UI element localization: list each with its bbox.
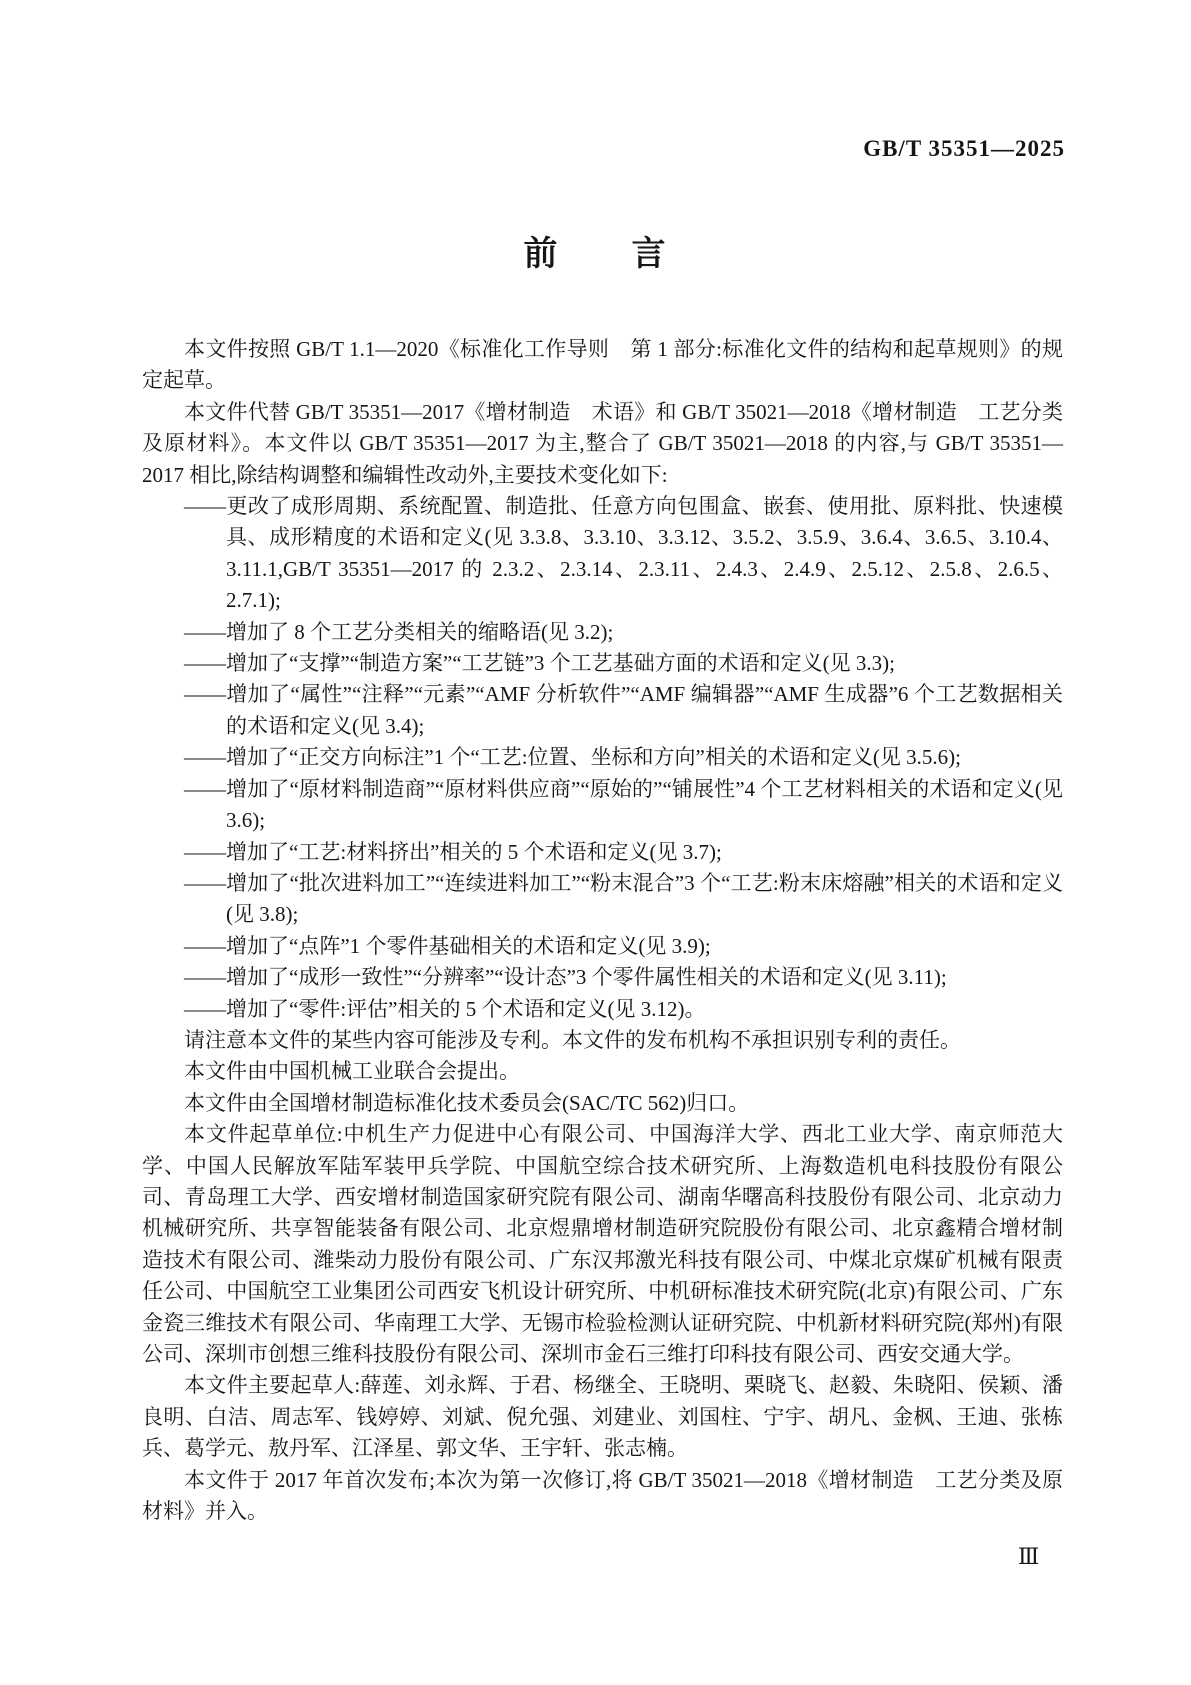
paragraph-revision-history: 本文件于 2017 年首次发布;本次为第一次修订,将 GB/T 35021—20… [142,1465,1063,1528]
change-text: 增加了“属性”“注释”“元素”“AMF 分析软件”“AMF 编辑器”“AMF 生… [226,682,1063,737]
dash-prefix: —— [184,934,226,958]
dash-prefix: —— [184,777,226,801]
change-text: 增加了“成形一致性”“分辨率”“设计态”3 个零件属性相关的术语和定义(见 3.… [226,965,947,989]
change-item: ——增加了“成形一致性”“分辨率”“设计态”3 个零件属性相关的术语和定义(见 … [142,962,1063,993]
paragraph-replacement: 本文件代替 GB/T 35351—2017《增材制造 术语》和 GB/T 350… [142,397,1063,491]
dash-prefix: —— [184,871,226,895]
change-list: ——更改了成形周期、系统配置、制造批、任意方向包围盒、嵌套、使用批、原料批、快速… [142,491,1063,1025]
paragraph-centralized-by: 本文件由全国增材制造标准化技术委员会(SAC/TC 562)归口。 [142,1088,1063,1119]
change-text: 增加了“支撑”“制造方案”“工艺链”3 个工艺基础方面的术语和定义(见 3.3)… [226,651,895,675]
change-item: ——增加了 8 个工艺分类相关的缩略语(见 3.2); [142,617,1063,648]
paragraph-drafting-rule: 本文件按照 GB/T 1.1—2020《标准化工作导则 第 1 部分:标准化文件… [142,334,1063,397]
foreword-content: 本文件按照 GB/T 1.1—2020《标准化工作导则 第 1 部分:标准化文件… [142,334,1063,1527]
foreword-title: 前 言 [0,226,1191,275]
change-item: ——增加了“属性”“注释”“元素”“AMF 分析软件”“AMF 编辑器”“AMF… [142,679,1063,742]
change-item: ——增加了“支撑”“制造方案”“工艺链”3 个工艺基础方面的术语和定义(见 3.… [142,648,1063,679]
dash-prefix: —— [184,651,226,675]
change-text: 更改了成形周期、系统配置、制造批、任意方向包围盒、嵌套、使用批、原料批、快速模具… [226,494,1063,612]
change-text: 增加了“批次进料加工”“连续进料加工”“粉末混合”3 个“工艺:粉末床熔融”相关… [226,871,1063,926]
page-number: Ⅲ [1018,1544,1039,1570]
change-text: 增加了“工艺:材料挤出”相关的 5 个术语和定义(见 3.7); [226,840,722,864]
dash-prefix: —— [184,494,226,518]
dash-prefix: —— [184,965,226,989]
dash-prefix: —— [184,997,226,1021]
change-text: 增加了“原材料制造商”“原材料供应商”“原始的”“铺展性”4 个工艺材料相关的术… [226,777,1063,832]
dash-prefix: —— [184,682,226,706]
change-item: ——增加了“点阵”1 个零件基础相关的术语和定义(见 3.9); [142,931,1063,962]
document-page: GB/T 35351—2025 前 言 本文件按照 GB/T 1.1—2020《… [0,0,1191,1685]
paragraph-proposed-by: 本文件由中国机械工业联合会提出。 [142,1056,1063,1087]
change-text: 增加了 8 个工艺分类相关的缩略语(见 3.2); [226,620,613,644]
change-text: 增加了“零件:评估”相关的 5 个术语和定义(见 3.12)。 [226,997,705,1021]
change-item: ——更改了成形周期、系统配置、制造批、任意方向包围盒、嵌套、使用批、原料批、快速… [142,491,1063,617]
change-item: ——增加了“正交方向标注”1 个“工艺:位置、坐标和方向”相关的术语和定义(见 … [142,742,1063,773]
dash-prefix: —— [184,620,226,644]
paragraph-patent-note: 请注意本文件的某些内容可能涉及专利。本文件的发布机构不承担识别专利的责任。 [142,1025,1063,1056]
change-text: 增加了“正交方向标注”1 个“工艺:位置、坐标和方向”相关的术语和定义(见 3.… [226,745,961,769]
change-item: ——增加了“零件:评估”相关的 5 个术语和定义(见 3.12)。 [142,994,1063,1025]
change-text: 增加了“点阵”1 个零件基础相关的术语和定义(见 3.9); [226,934,711,958]
paragraph-main-drafters: 本文件主要起草人:薛莲、刘永辉、于君、杨继全、王晓明、栗晓飞、赵毅、朱晓阳、侯颖… [142,1370,1063,1464]
dash-prefix: —— [184,745,226,769]
change-item: ——增加了“原材料制造商”“原材料供应商”“原始的”“铺展性”4 个工艺材料相关… [142,774,1063,837]
paragraph-drafting-units: 本文件起草单位:中机生产力促进中心有限公司、中国海洋大学、西北工业大学、南京师范… [142,1119,1063,1370]
change-item: ——增加了“批次进料加工”“连续进料加工”“粉末混合”3 个“工艺:粉末床熔融”… [142,868,1063,931]
change-item: ——增加了“工艺:材料挤出”相关的 5 个术语和定义(见 3.7); [142,837,1063,868]
dash-prefix: —— [184,840,226,864]
standard-code: GB/T 35351—2025 [863,136,1065,162]
